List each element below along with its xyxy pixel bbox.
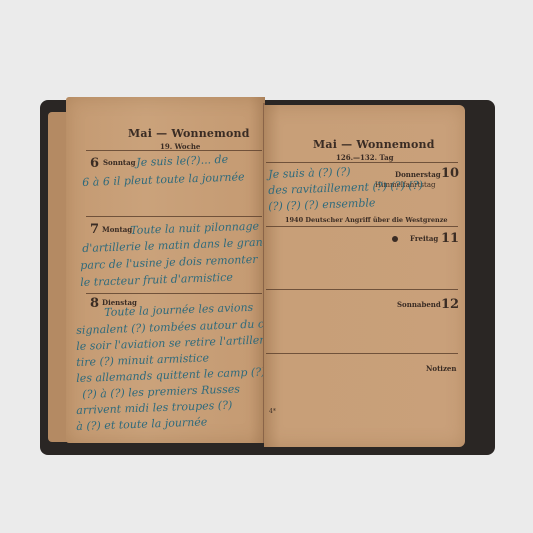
day-name: Sonnabend [397, 300, 441, 309]
historical-note: 1940 Deutscher Angriff über die Westgren… [285, 216, 448, 224]
right-page-title: Mai — Wonnemond [313, 138, 435, 151]
divider [86, 293, 262, 294]
notes-label: Notizen [426, 364, 456, 373]
divider [266, 162, 458, 163]
divider [266, 353, 458, 354]
day-number: 8 [90, 296, 99, 311]
day-name: Freitag [410, 234, 438, 243]
day-number: 12 [441, 297, 459, 312]
day-name: Sonntag [103, 158, 136, 167]
left-page-title: Mai — Wonnemond [128, 127, 250, 140]
divider [86, 150, 262, 151]
day-number: 11 [441, 231, 459, 246]
right-page-days: 126.—132. Tag [336, 153, 394, 162]
day-number: 6 [90, 156, 99, 171]
divider [86, 216, 262, 217]
day-number: 7 [90, 222, 99, 237]
day-number: 10 [441, 166, 459, 181]
divider [266, 289, 458, 290]
handwritten-line: (?) (?) (?) ensemble [268, 194, 376, 216]
day-name: Montag [102, 225, 132, 234]
full-moon-icon [392, 236, 398, 242]
divider [266, 226, 458, 227]
page-footer-mark: 4* [269, 408, 276, 415]
